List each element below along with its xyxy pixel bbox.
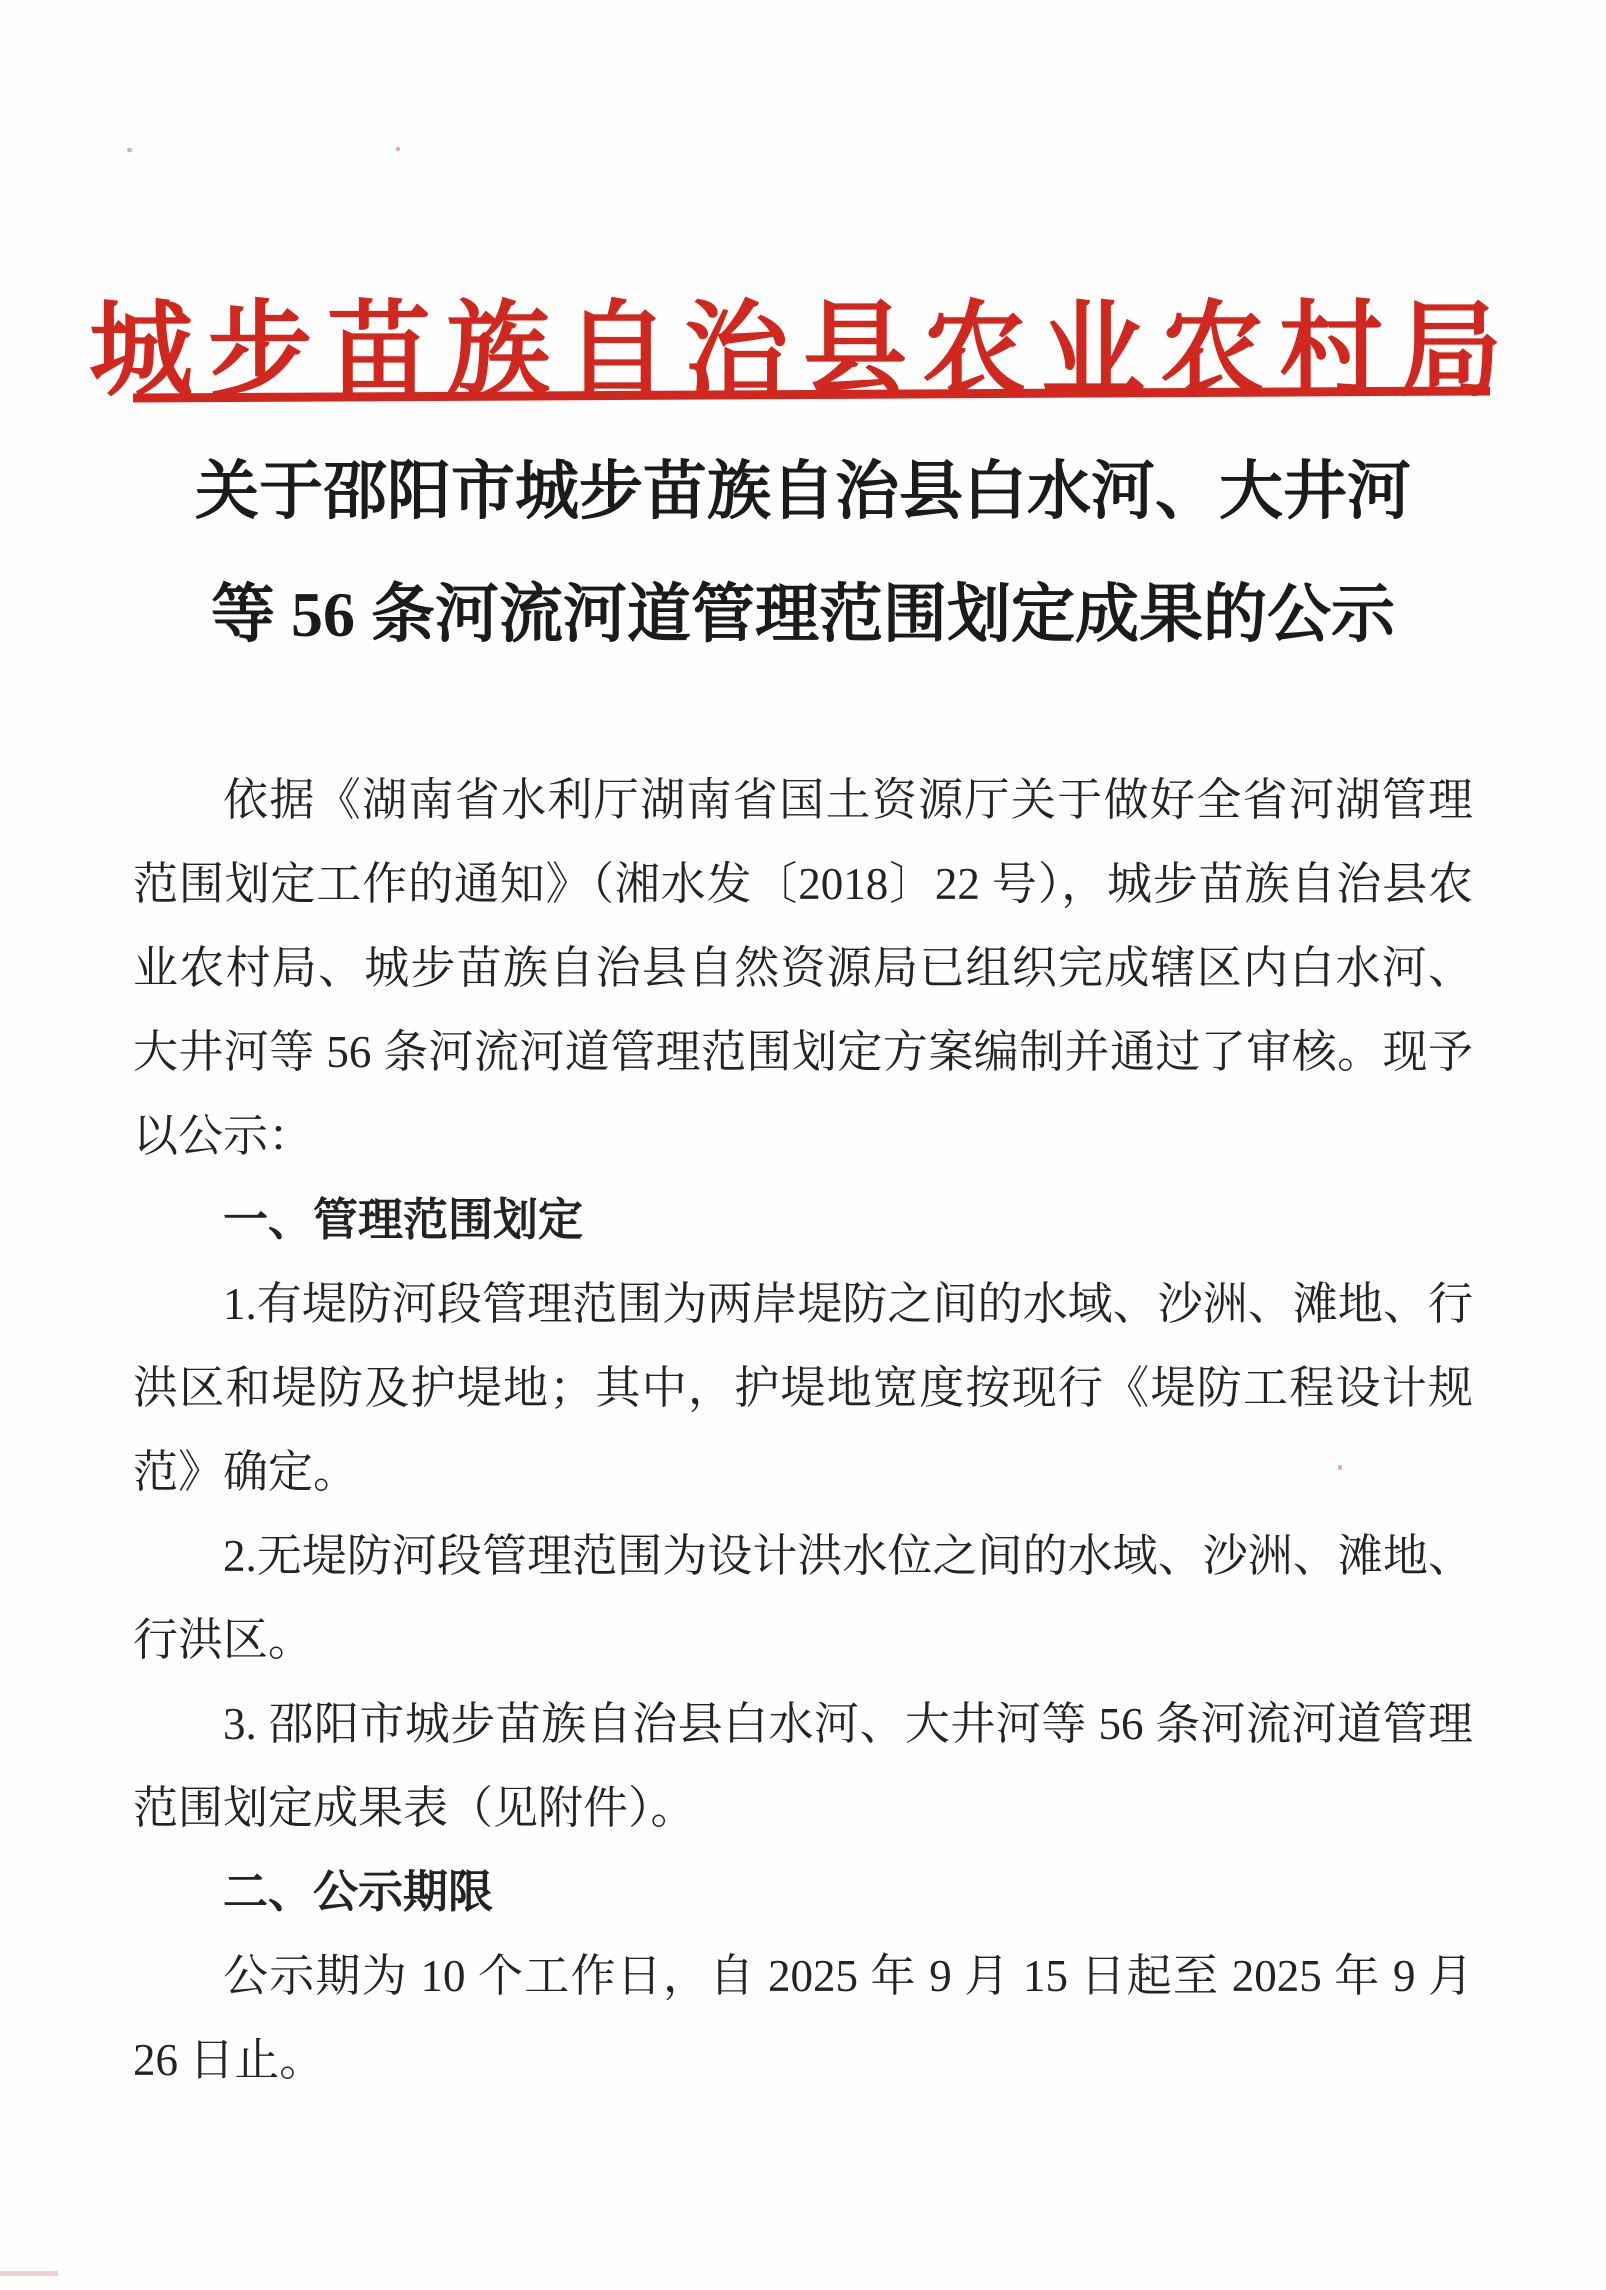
scan-artifact bbox=[396, 147, 400, 151]
body-paragraph-item2: 2.无堤防河段管理范围为设计洪水位之间的水域、沙洲、滩地、行洪区。 bbox=[133, 1514, 1473, 1682]
document-page: 城步苗族自治县农业农村局 关于邵阳市城步苗族自治县白水河、大井河 等 56 条河… bbox=[0, 0, 1606, 2290]
document-body: 依据《湖南省水利厅湖南省国土资源厅关于做好全省河湖管理范围划定工作的通知》（湘水… bbox=[133, 758, 1473, 2102]
document-title-line1: 关于邵阳市城步苗族自治县白水河、大井河 bbox=[0, 430, 1606, 553]
body-paragraph-intro: 依据《湖南省水利厅湖南省国土资源厅关于做好全省河湖管理范围划定工作的通知》（湘水… bbox=[133, 758, 1473, 1178]
body-paragraph-period: 公示期为 10 个工作日，自 2025 年 9 月 15 日起至 2025 年 … bbox=[133, 1934, 1473, 2102]
scan-artifact bbox=[127, 148, 132, 152]
scan-artifact bbox=[1338, 1465, 1342, 1470]
body-paragraph-item3: 3. 邵阳市城步苗族自治县白水河、大井河等 56 条河流河道管理范围划定成果表（… bbox=[133, 1682, 1473, 1850]
document-title: 关于邵阳市城步苗族自治县白水河、大井河 等 56 条河流河道管理范围划定成果的公… bbox=[0, 430, 1606, 676]
scan-artifact bbox=[0, 2271, 58, 2276]
document-title-line2: 等 56 条河流河道管理范围划定成果的公示 bbox=[0, 553, 1606, 676]
section-heading-1: 一、管理范围划定 bbox=[133, 1178, 1473, 1262]
body-paragraph-item1: 1.有堤防河段管理范围为两岸堤防之间的水域、沙洲、滩地、行洪区和堤防及护堤地；其… bbox=[133, 1262, 1473, 1514]
section-heading-2: 二、公示期限 bbox=[133, 1850, 1473, 1934]
